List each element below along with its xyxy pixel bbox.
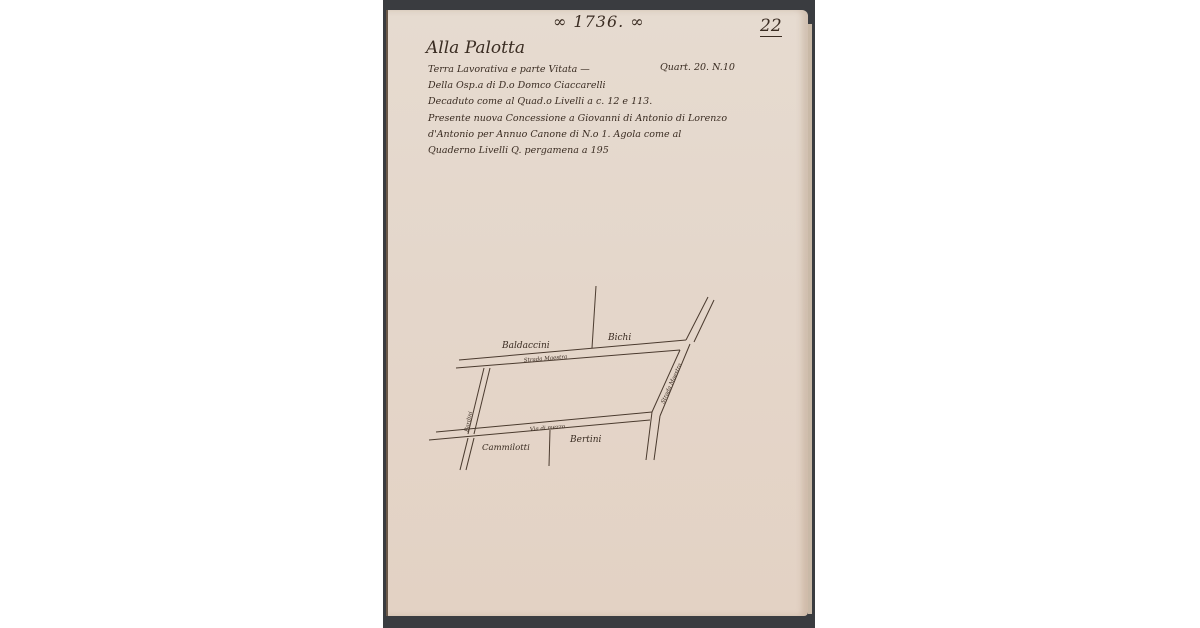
entry-line-3: Decaduto come al Quad.o Livelli a c. 12 … xyxy=(428,96,652,107)
entry-line-4: Presente nuova Concessione a Giovanni di… xyxy=(428,113,727,124)
manuscript-page: ∞ 1736. ∞ 22 Alla Palotta Terra Lavorati… xyxy=(386,10,808,616)
parcel-map: Baldaccini Bichi Strada Maestra Strada M… xyxy=(424,282,724,482)
entry-line-5: d'Antonio per Annuo Canone di N.o 1. Ago… xyxy=(428,129,681,140)
label-baldaccini: Baldaccini xyxy=(501,341,550,351)
year-heading: ∞ 1736. ∞ xyxy=(553,12,645,31)
entry-line-6: Quaderno Livelli Q. pergamena a 195 xyxy=(428,145,609,156)
label-bertini: Bertini xyxy=(569,435,602,445)
page-edge xyxy=(808,24,812,614)
label-road-left: Bardini xyxy=(464,411,474,434)
label-cammilotti: Cammilotti xyxy=(482,443,530,453)
label-road-bottom: Via di mezzo xyxy=(530,424,566,433)
entry-title: Alla Palotta xyxy=(426,38,525,58)
label-road-top: Strada Maestra xyxy=(524,354,568,364)
label-bichi: Bichi xyxy=(607,333,631,343)
entry-line-1: Terra Lavorativa e parte Vitata — xyxy=(428,64,590,75)
entry-line-1-right: Quart. 20. N.10 xyxy=(660,62,735,73)
folio-number: 22 xyxy=(760,16,782,37)
entry-line-2: Della Osp.a di D.o Domco Ciaccarelli xyxy=(428,80,606,91)
